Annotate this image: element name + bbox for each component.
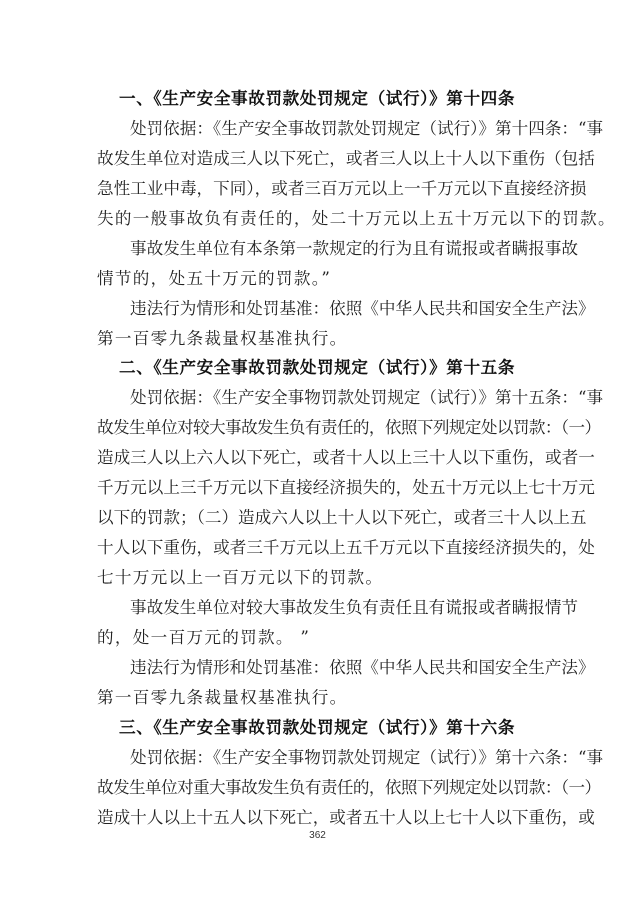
paragraph-line: 故发生单位对较大事故发生负有责任的，依照下列规定处以罚款：（一） bbox=[97, 413, 539, 443]
paragraph-line: 故发生单位对重大事故发生负有责任的，依照下列规定处以罚款：（一） bbox=[97, 773, 539, 803]
paragraph-line: 以下的罚款；（二）造成六人以上十人以下死亡，或者三十人以上五 bbox=[97, 503, 539, 533]
section-heading-3: 三、《生产安全事故罚款处罚规定（试行）》第十六条 bbox=[97, 713, 539, 743]
paragraph-line: 处罚依据：《生产安全事物罚款处罚规定（试行）》第十五条：“事 bbox=[97, 383, 539, 413]
paragraph-line: 事故发生单位对较大事故发生负有责任且有谎报或者瞒报情节 bbox=[97, 593, 539, 623]
paragraph-line: 第一百零九条裁量权基准执行。 bbox=[97, 683, 539, 713]
paragraph-line: 处罚依据：《生产安全事物罚款处罚规定（试行）》第十六条：“事 bbox=[97, 743, 539, 773]
section-heading-1: 一、《生产安全事故罚款处罚规定（试行）》第十四条 bbox=[97, 84, 539, 114]
paragraph-line: 违法行为情形和处罚基准：依照《中华人民共和国安全生产法》 bbox=[97, 653, 539, 683]
section-heading-2: 二、《生产安全事故罚款处罚规定（试行）》第十五条 bbox=[97, 353, 539, 383]
paragraph-line: 失的一般事故负有责任的，处二十万元以上五十万元以下的罚款。 bbox=[97, 204, 539, 234]
paragraph-line: 的，处一百万元的罚款。 ” bbox=[97, 623, 539, 653]
paragraph-line: 事故发生单位有本条第一款规定的行为且有谎报或者瞒报事故 bbox=[97, 234, 539, 264]
paragraph-line: 处罚依据：《生产安全事故罚款处罚规定（试行）》第十四条：“事 bbox=[97, 114, 539, 144]
paragraph-line: 造成三人以上六人以下死亡，或者十人以上三十人以下重伤，或者一 bbox=[97, 443, 539, 473]
paragraph-line: 第一百零九条裁量权基准执行。 bbox=[97, 324, 539, 354]
paragraph-line: 千万元以上三千万元以下直接经济损失的，处五十万元以上七十万元 bbox=[97, 473, 539, 503]
paragraph-line: 情节的，处五十万元的罚款。” bbox=[97, 264, 539, 294]
paragraph-line: 急性工业中毒，下同），或者三百万元以上一千万元以下直接经济损 bbox=[97, 174, 539, 204]
document-page: 一、《生产安全事故罚款处罚规定（试行）》第十四条 处罚依据：《生产安全事故罚款处… bbox=[97, 84, 539, 832]
paragraph-line: 十人以下重伤，或者三千万元以上五千万元以下直接经济损失的，处 bbox=[97, 533, 539, 563]
paragraph-line: 造成十人以上十五人以下死亡，或者五十人以上七十人以下重伤，或 bbox=[97, 803, 539, 833]
paragraph-line: 七十万元以上一百万元以下的罚款。 bbox=[97, 563, 539, 593]
paragraph-line: 故发生单位对造成三人以下死亡，或者三人以上十人以下重伤（包括 bbox=[97, 144, 539, 174]
page-number: 362 bbox=[0, 830, 635, 841]
paragraph-line: 违法行为情形和处罚基准：依照《中华人民共和国安全生产法》 bbox=[97, 294, 539, 324]
